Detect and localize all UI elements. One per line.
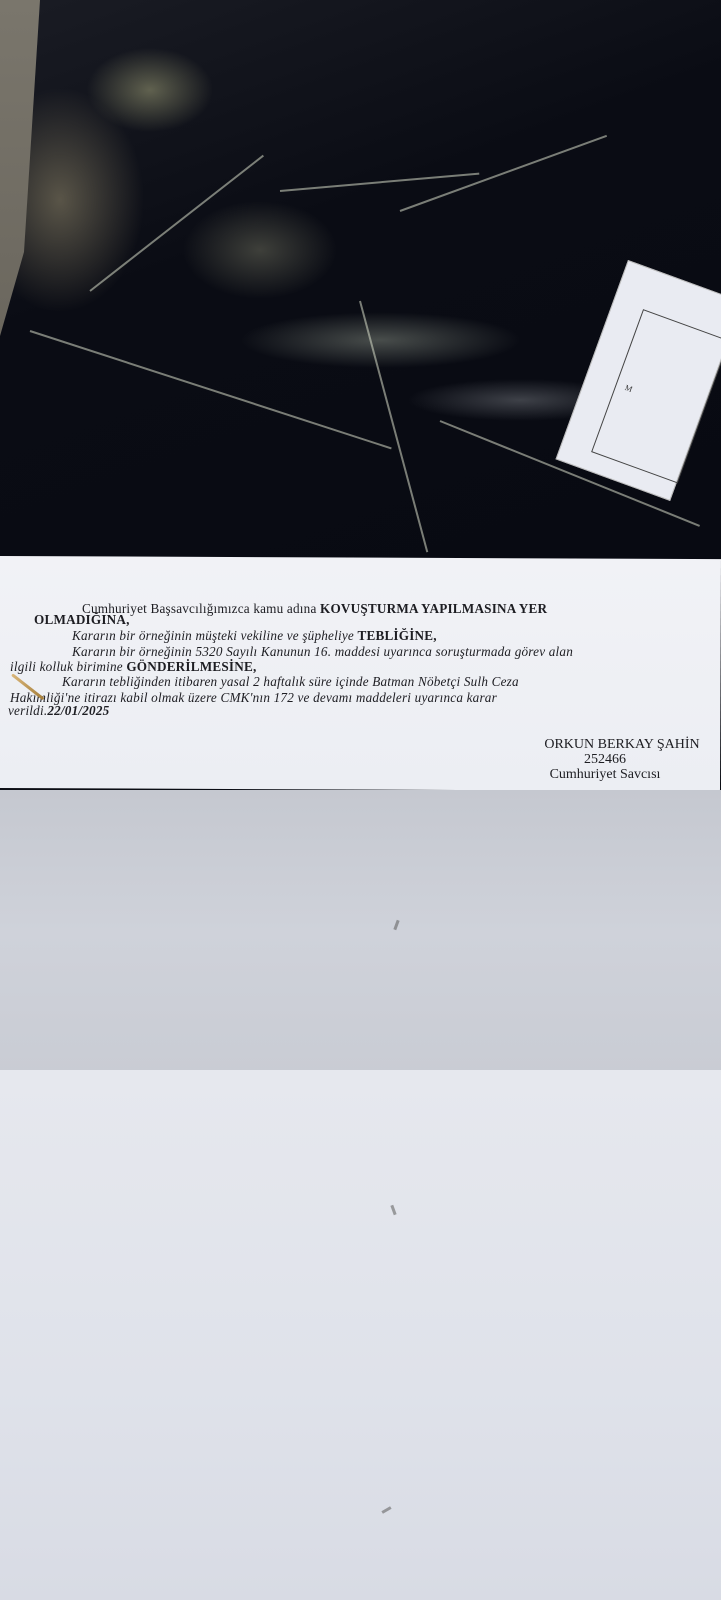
body-text: Kararın bir örneğinin 5320 Sayılı Kanunu… <box>72 644 573 659</box>
marble-vein <box>280 173 479 192</box>
document-line: Cumhuriyet Başsavcılığımızca kamu adına … <box>82 602 547 615</box>
body-text: verildi. <box>8 703 47 718</box>
document-line: Kararın tebliğinden itibaren yasal 2 haf… <box>62 675 519 688</box>
table-edge <box>0 0 40 560</box>
marble-vein <box>89 155 264 292</box>
document-line: OLMADIĞINA, <box>34 613 130 626</box>
document-lower-section <box>0 1070 721 1600</box>
emphasis-text: TEBLİĞİNE, <box>357 628 436 643</box>
signatory-id: 252466 <box>502 752 708 768</box>
document-line: Kararın bir örneğinin müşteki vekiline v… <box>72 629 437 642</box>
document-line: ilgili kolluk birimine GÖNDERİLMESİNE, <box>10 660 256 673</box>
signatory-title: Cumhuriyet Savcısı <box>502 767 708 783</box>
body-text: Kararın bir örneğinin müşteki vekiline v… <box>72 628 357 643</box>
marble-table-background: M <box>0 0 721 570</box>
emphasis-text: KOVUŞTURMA YAPILMASINA YER <box>320 601 547 616</box>
document-line: verildi.22/01/2025 <box>8 704 109 717</box>
background-paper-card: M <box>555 260 721 501</box>
marble-vein <box>400 135 607 212</box>
document-fold-shadow <box>0 790 721 1075</box>
emphasis-text: OLMADIĞINA, <box>34 612 130 627</box>
body-text: Kararın tebliğinden itibaren yasal 2 haf… <box>62 674 519 689</box>
body-text: ilgili kolluk birimine <box>10 659 126 674</box>
emphasis-text: GÖNDERİLMESİNE, <box>126 659 256 674</box>
signatory-name: ORKUN BERKAY ŞAHİN <box>502 737 721 753</box>
marble-vein <box>359 301 428 553</box>
emphasis-text: 22/01/2025 <box>47 703 109 718</box>
document-line: Kararın bir örneğinin 5320 Sayılı Kanunu… <box>72 645 573 658</box>
card-frame <box>591 309 721 483</box>
marble-vein <box>30 330 392 449</box>
